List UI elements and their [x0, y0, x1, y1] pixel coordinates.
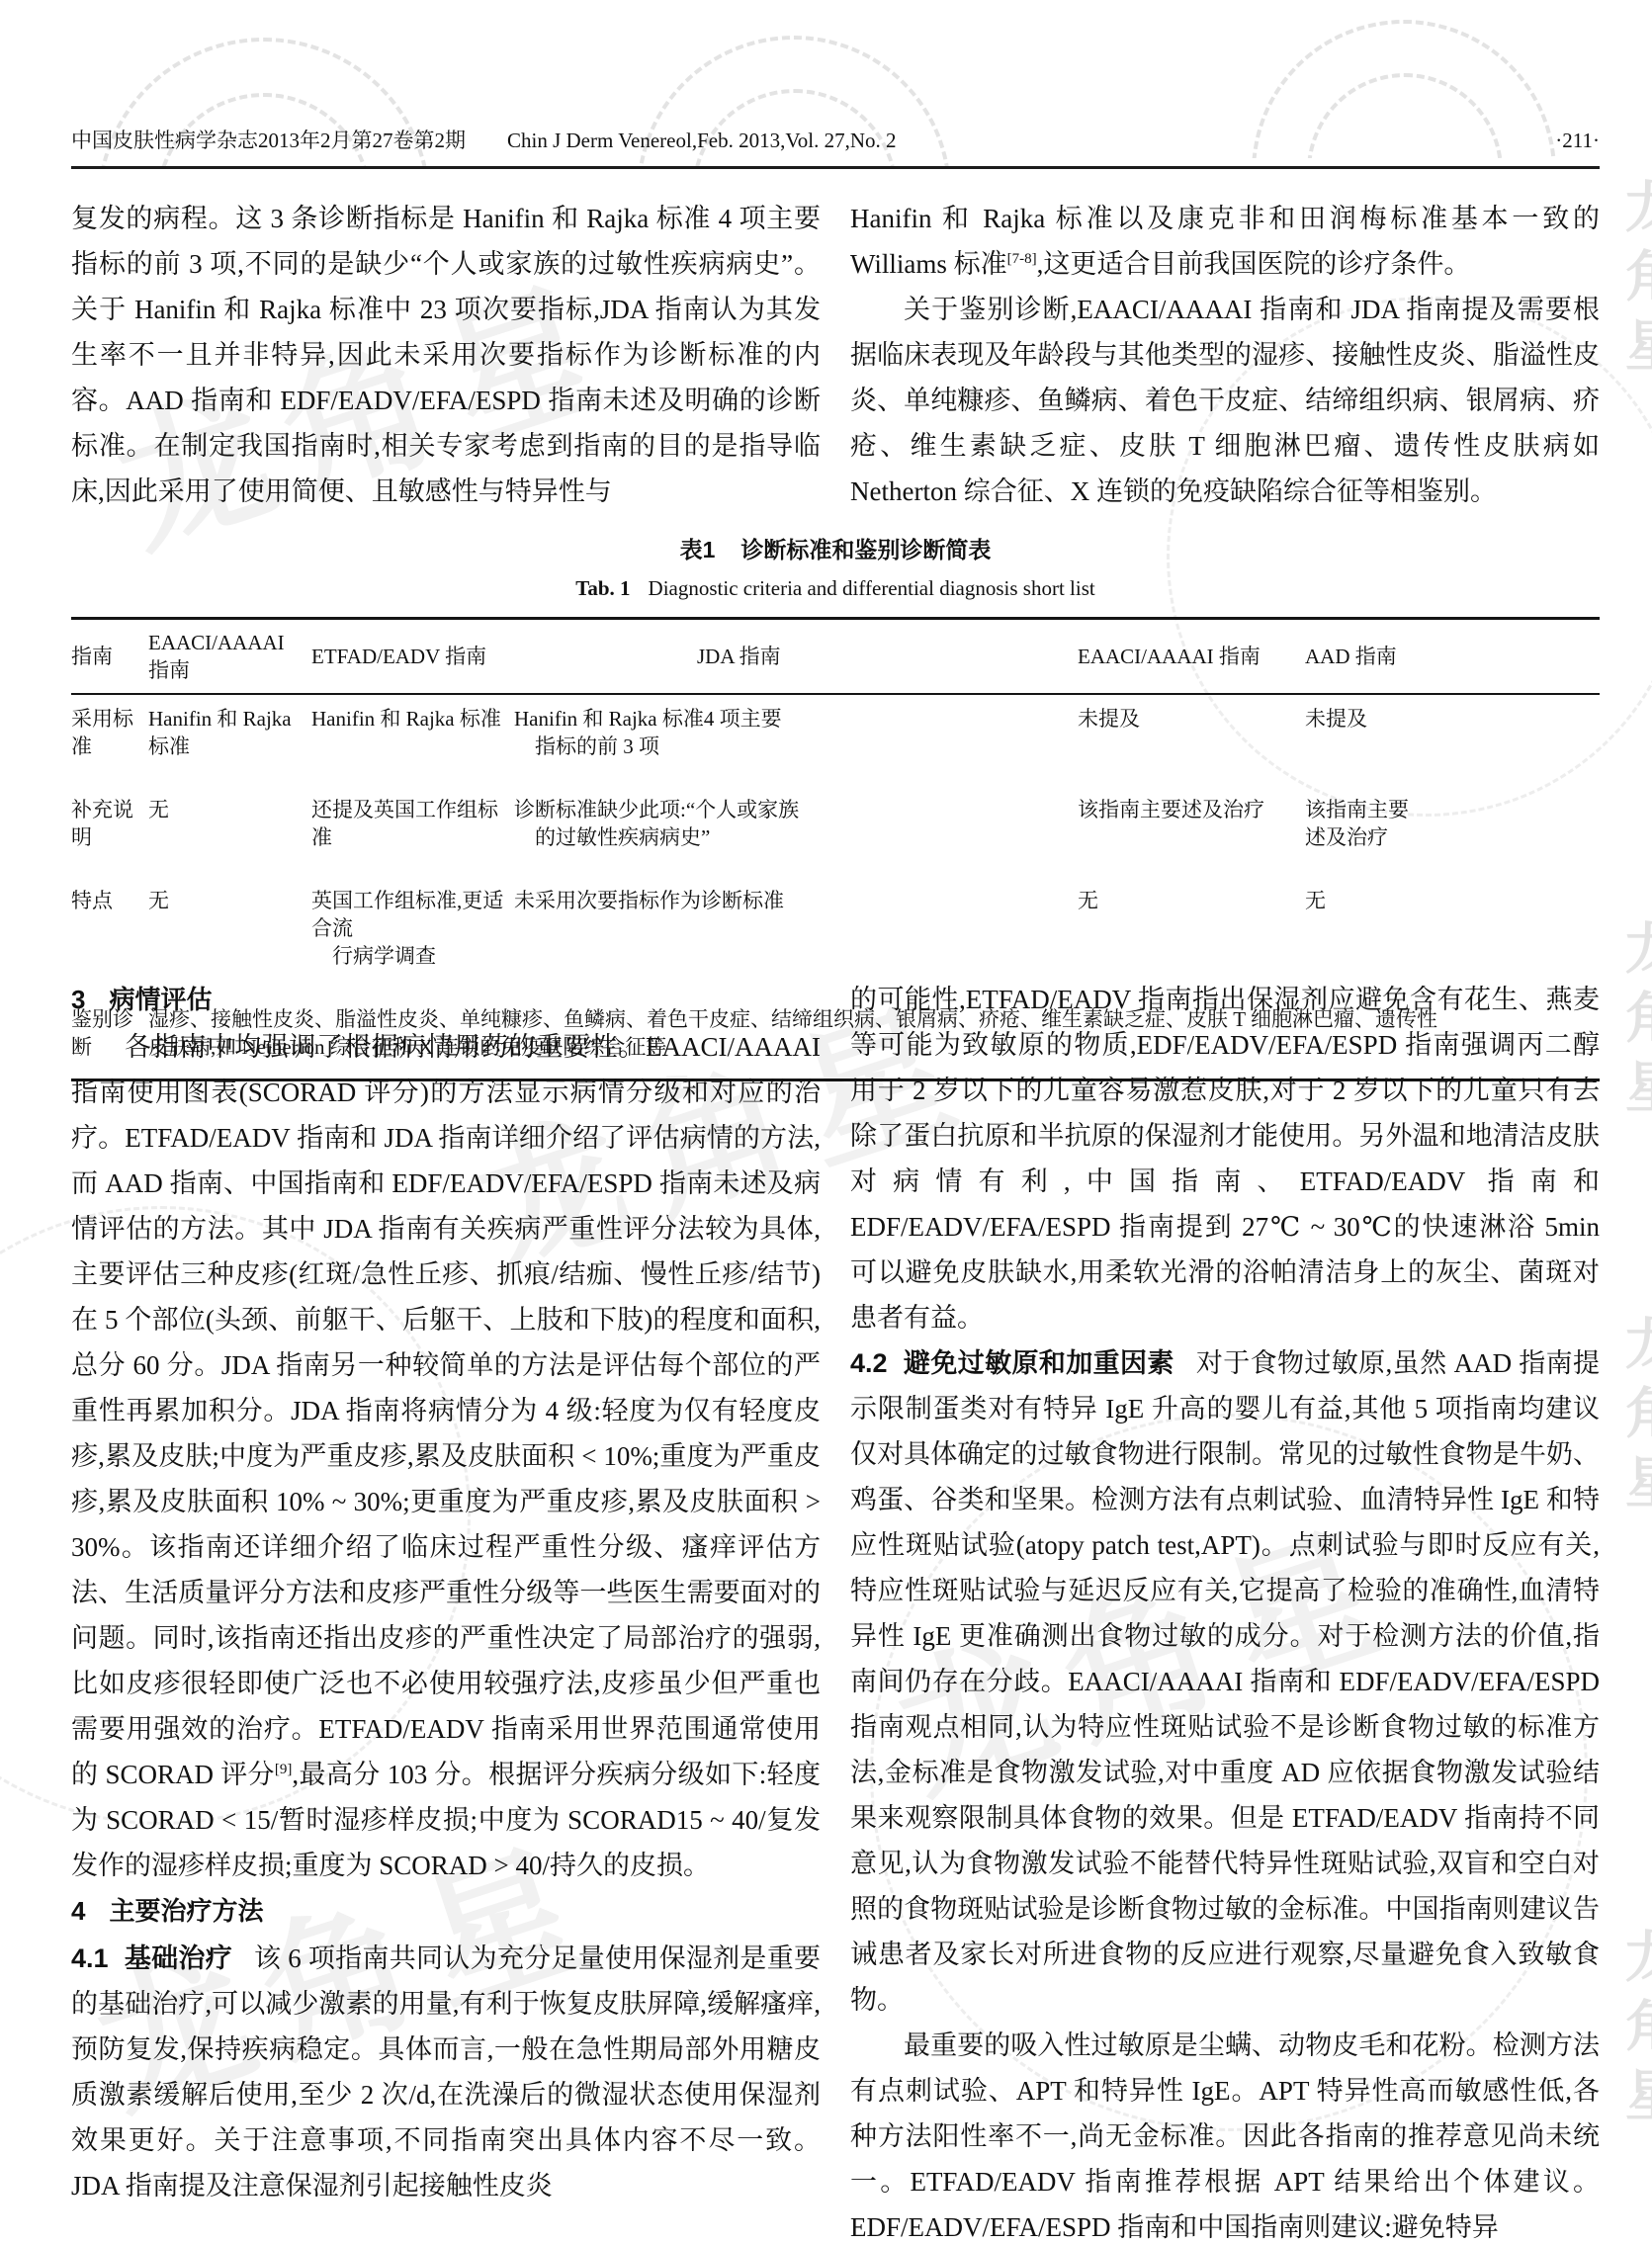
- table-cell: 该指南主要述及治疗: [1078, 786, 1305, 877]
- paragraph: 关于鉴别诊断,EAACI/AAAAI 指南和 JDA 指南提及需要根据临床表现及…: [850, 287, 1600, 514]
- watermark-text-vertical: 龙角星: [1609, 919, 1652, 1127]
- table-title-cn: 表1诊断标准和鉴别诊断简表: [71, 532, 1600, 564]
- table-cell: 无: [148, 786, 311, 877]
- table-number-en: Tab. 1: [575, 576, 630, 600]
- paragraph: 4.1基础治疗该 6 项指南共同认为充分足量使用保湿剂是重要的基础治疗,可以减少…: [71, 1936, 821, 2208]
- bottom-columns: 3病情评估 各指南中均强调了根据病情用药的重要性。EAACI/AAAAI 指南使…: [71, 977, 1600, 2244]
- paragraph: 的可能性,ETFAD/EADV 指南指出保湿剂应避免含有花生、燕麦等可能为致敏原…: [850, 977, 1600, 1340]
- subsection-title: 基础治疗: [125, 1943, 232, 1973]
- subsection-number: 4.2: [850, 1348, 888, 1378]
- paragraph: 各指南中均强调了根据病情用药的重要性。EAACI/AAAAI 指南使用图表(SC…: [71, 1024, 821, 1888]
- left-column-bottom: 3病情评估 各指南中均强调了根据病情用药的重要性。EAACI/AAAAI 指南使…: [71, 977, 821, 2244]
- table-header-row: 指南 EAACI/AAAAI 指南 ETFAD/EADV 指南 JDA 指南 E…: [71, 619, 1600, 695]
- column-header: JDA 指南: [514, 619, 1078, 695]
- column-header: AAD 指南: [1305, 619, 1600, 695]
- paragraph-text: 对于食物过敏原,虽然 AAD 指南提示限制蛋类对有特异 IgE 升高的婴儿有益,…: [850, 1348, 1600, 2015]
- paragraph: 4.2避免过敏原和加重因素对于食物过敏原,虽然 AAD 指南提示限制蛋类对有特异…: [850, 1340, 1600, 2023]
- left-column-top: 复发的病程。这 3 条诊断指标是 Hanifin 和 Rajka 标准 4 项主…: [71, 196, 821, 514]
- section-title: 主要治疗方法: [109, 1896, 263, 1926]
- journal-title-en: Chin J Derm Venereol,Feb. 2013,Vol. 27,N…: [507, 129, 897, 153]
- table-cell: Hanifin 和 Rajka 标准: [148, 694, 311, 786]
- table-cell: 诊断标准缺少此项:“个人或家族 的过敏性疾病病史”: [514, 786, 1078, 877]
- column-header: ETFAD/EADV 指南: [311, 619, 514, 695]
- citation-superscript: [7-8]: [1007, 251, 1037, 267]
- right-column-bottom: 的可能性,ETFAD/EADV 指南指出保湿剂应避免含有花生、燕麦等可能为致敏原…: [850, 977, 1600, 2244]
- section-number: 4: [71, 1896, 85, 1926]
- subsection-number: 4.1: [71, 1943, 109, 1973]
- section-heading: 4主要治疗方法: [71, 1888, 821, 1934]
- column-header: EAACI/AAAAI 指南: [1078, 619, 1305, 695]
- section-title: 病情评估: [109, 985, 212, 1014]
- table-cell: 未提及: [1305, 694, 1600, 786]
- column-header: EAACI/AAAAI 指南: [148, 619, 311, 695]
- table-row: 采用标准 Hanifin 和 Rajka 标准 Hanifin 和 Rajka …: [71, 694, 1600, 786]
- running-head: 中国皮肤性病学杂志2013年2月第27卷第2期 Chin J Derm Vene…: [71, 125, 1600, 169]
- table-caption-cn: 诊断标准和鉴别诊断简表: [740, 537, 991, 562]
- paragraph-text: ,这更适合目前我国医院的诊疗条件。: [1037, 249, 1471, 279]
- page-number: ·211·: [1555, 129, 1600, 153]
- paragraph: 最重要的吸入性过敏原是尘螨、动物皮毛和花粉。检测方法有点刺试验、APT 和特异性…: [850, 2023, 1600, 2244]
- table-cell: Hanifin 和 Rajka 标准: [311, 694, 514, 786]
- citation-superscript: [9]: [275, 1762, 293, 1777]
- journal-page: 龙角星 龙角星 龙角星 龙角星 龙角星 龙角星 龙角星 龙角星 中国皮肤性病学杂…: [0, 0, 1652, 2244]
- paragraph-text: 各指南中均强调了根据病情用药的重要性。EAACI/AAAAI 指南使用图表(SC…: [71, 1032, 821, 1789]
- table-number-cn: 表1: [680, 537, 716, 562]
- column-header: 指南: [71, 619, 148, 695]
- row-label: 补充说明: [71, 786, 148, 877]
- table-cell: 该指南主要 述及治疗: [1305, 786, 1600, 877]
- table-caption-en: Diagnostic criteria and differential dia…: [649, 576, 1095, 600]
- paragraph-text: 该 6 项指南共同认为充分足量使用保湿剂是重要的基础治疗,可以减少激素的用量,有…: [71, 1943, 821, 2201]
- table-cell: 还提及英国工作组标准: [311, 786, 514, 877]
- paragraph: Hanifin 和 Rajka 标准以及康克非和田润梅标准基本一致的 Willi…: [850, 196, 1600, 287]
- paragraph: 复发的病程。这 3 条诊断指标是 Hanifin 和 Rajka 标准 4 项主…: [71, 196, 821, 514]
- section-number: 3: [71, 985, 85, 1014]
- right-column-top: Hanifin 和 Rajka 标准以及康克非和田润梅标准基本一致的 Willi…: [850, 196, 1600, 514]
- watermark-text-vertical: 龙角星: [1609, 178, 1652, 386]
- table-cell: Hanifin 和 Rajka 标准4 项主要 指标的前 3 项: [514, 694, 1078, 786]
- watermark-text-vertical: 龙角星: [1609, 1928, 1652, 2135]
- watermark-text-vertical: 龙角星: [1609, 1315, 1652, 1522]
- table-row: 补充说明 无 还提及英国工作组标准 诊断标准缺少此项:“个人或家族 的过敏性疾病…: [71, 786, 1600, 877]
- table-title-en: Tab. 1Diagnostic criteria and differenti…: [71, 576, 1600, 601]
- subsection-title: 避免过敏原和加重因素: [904, 1348, 1174, 1378]
- journal-title-cn: 中国皮肤性病学杂志2013年2月第27卷第2期: [71, 125, 466, 154]
- row-label: 采用标准: [71, 694, 148, 786]
- top-columns: 复发的病程。这 3 条诊断指标是 Hanifin 和 Rajka 标准 4 项主…: [71, 196, 1600, 514]
- table-cell: 未提及: [1078, 694, 1305, 786]
- section-heading: 3病情评估: [71, 977, 821, 1022]
